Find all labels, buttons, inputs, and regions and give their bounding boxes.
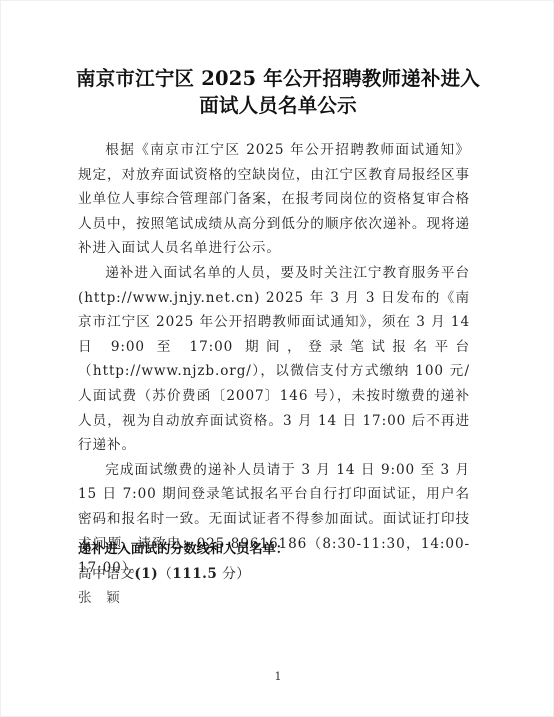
page-number: 1 [1, 670, 554, 683]
title-line-1: 南京市江宁区 2025 年公开招聘教师递补进入 [61, 65, 495, 92]
paragraph-rules: 根据《南京市江宁区 2025 年公开招聘教师面试通知》规定，对放弃面试资格的空缺… [78, 138, 470, 261]
candidate-name: 张 颖 [78, 587, 120, 609]
title-line-2: 面试人员名单公示 [61, 92, 495, 119]
paragraph-payment: 递补进入面试名单的人员，要及时关注江宁教育服务平台(http://www.jnj… [78, 261, 470, 458]
document-title: 南京市江宁区 2025 年公开招聘教师递补进入 面试人员名单公示 [61, 65, 495, 119]
position-name: 高中语文 [78, 566, 134, 582]
score-close-paren: ） [236, 566, 250, 582]
position-entry: 高中语文(1)（111.5 分） [78, 563, 250, 585]
score-unit: 分 [222, 566, 236, 582]
document-page: 南京市江宁区 2025 年公开招聘教师递补进入 面试人员名单公示 根据《南京市江… [0, 0, 554, 717]
score-open-paren: （ [158, 566, 172, 582]
cutoff-score: 111.5 [172, 566, 217, 582]
document-body: 根据《南京市江宁区 2025 年公开招聘教师面试通知》规定，对放弃面试资格的空缺… [78, 138, 470, 581]
section-heading: 递补进入面试的分数线和人员名单： [78, 539, 289, 561]
position-code: (1) [134, 566, 158, 582]
